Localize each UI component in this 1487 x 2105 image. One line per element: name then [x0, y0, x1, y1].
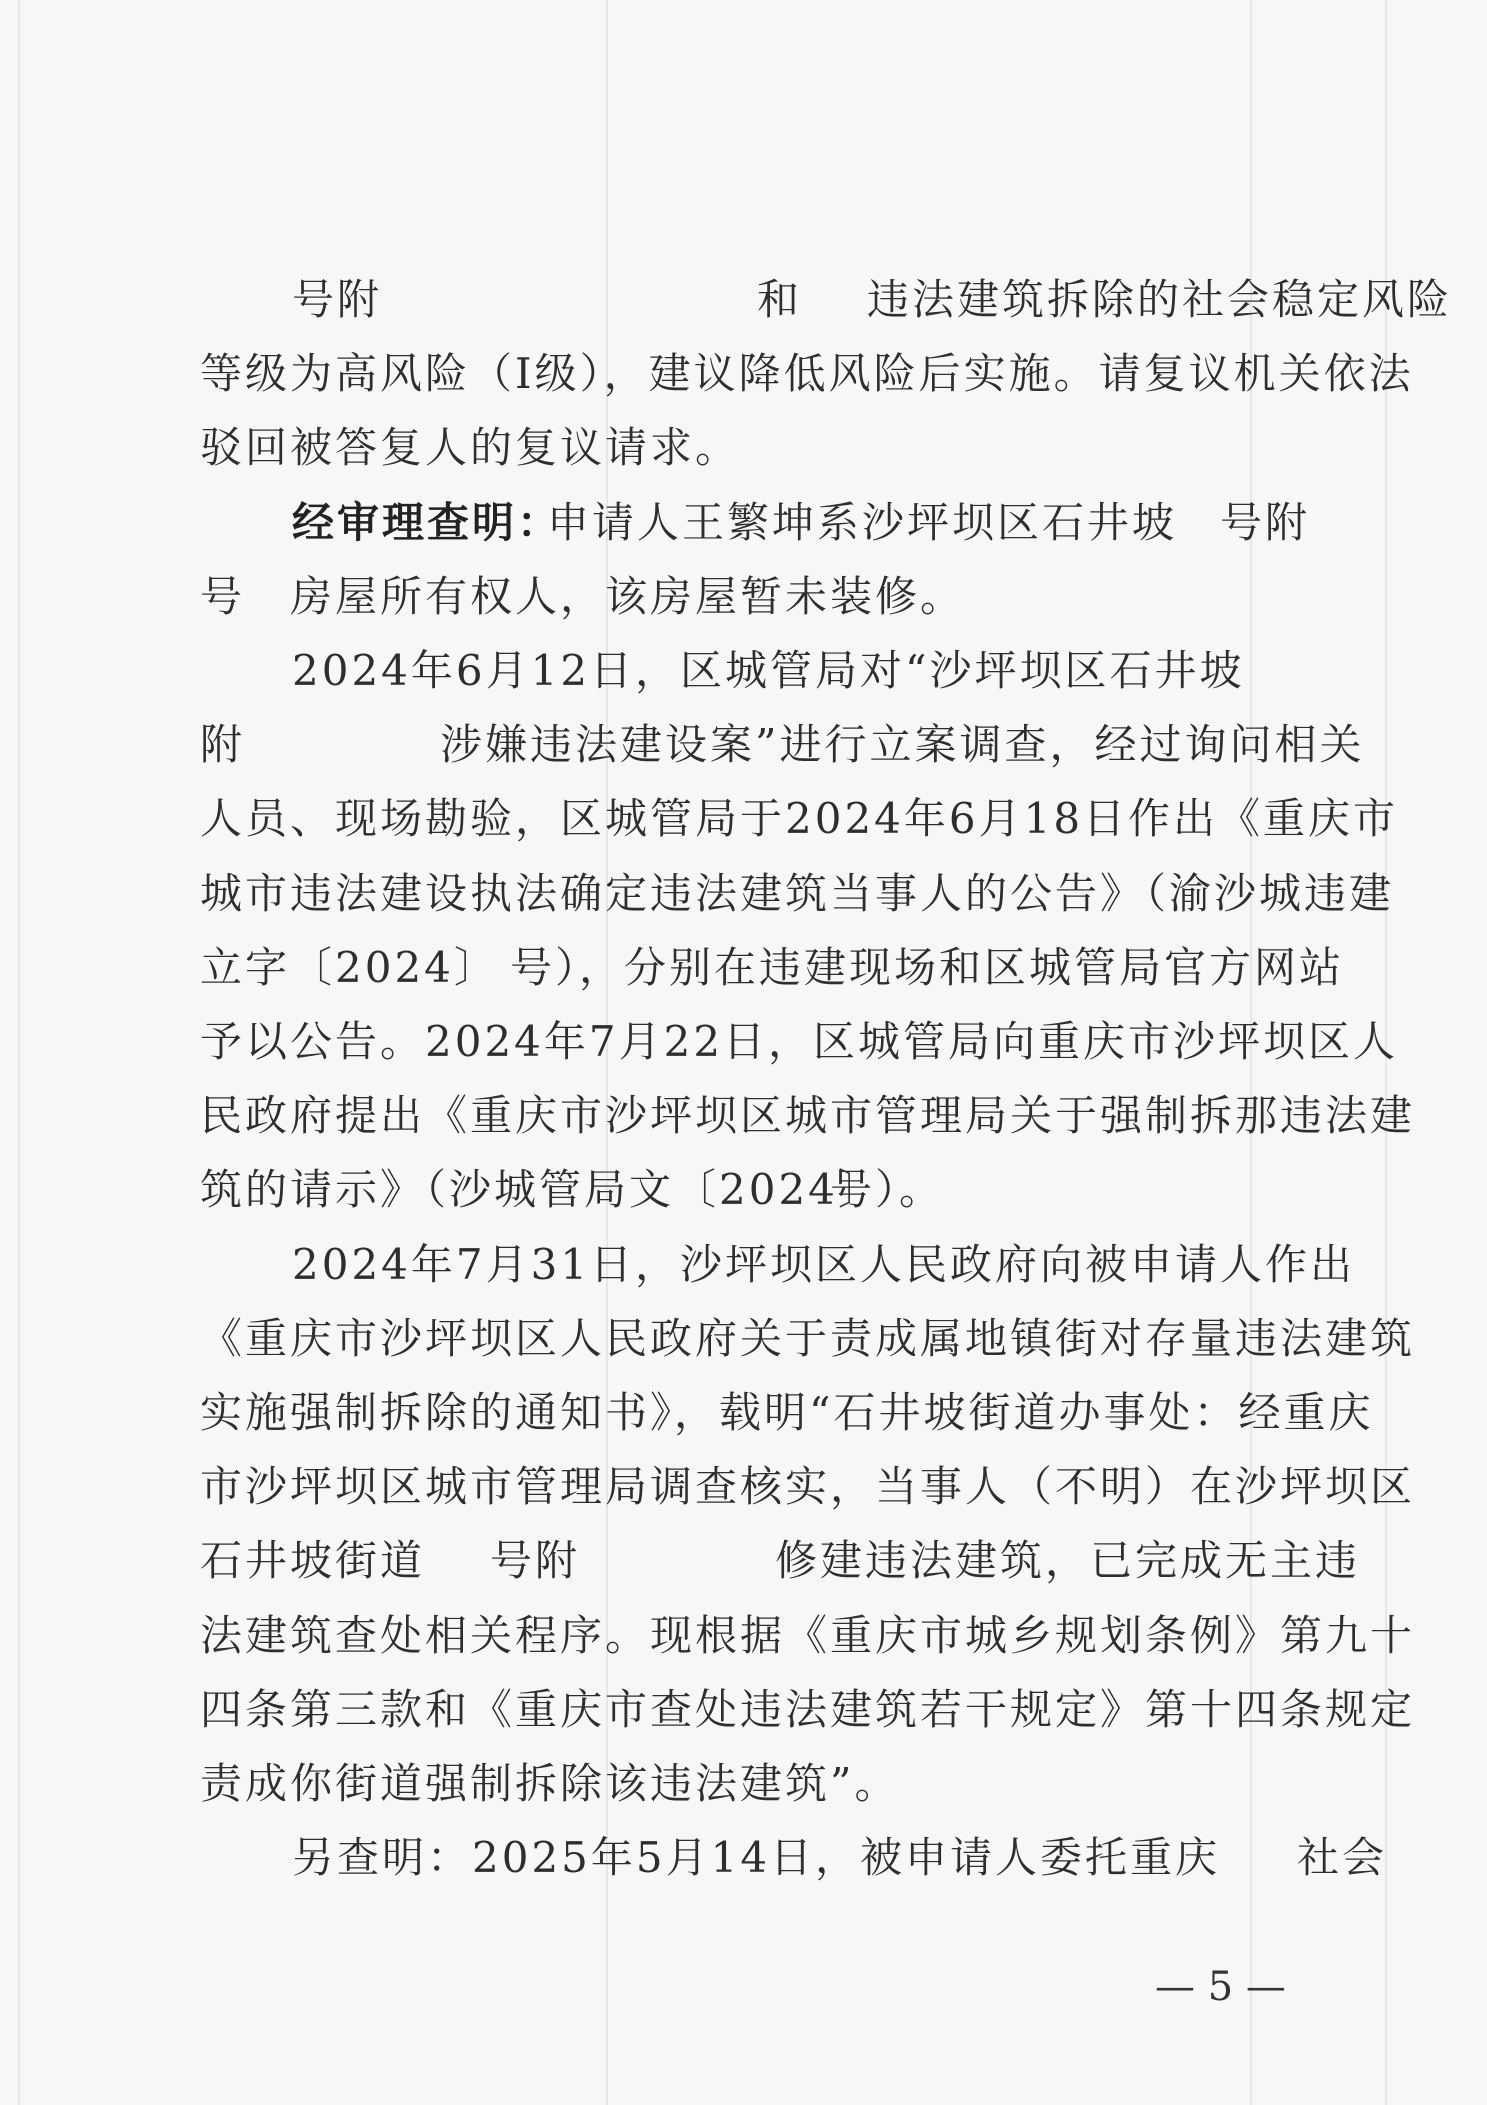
text-segment: 法建筑查处相关程序。现根据《重庆市城乡规划条例》第九十	[200, 1606, 1415, 1666]
text-line: 号房屋所有权人，该房屋暂未装修。	[200, 567, 1310, 627]
text-line: 民政府提出《重庆市沙坪坝区城市管理局关于强制拆那违法建	[200, 1086, 1310, 1146]
text-line: 驳回被答复人的复议请求。	[200, 418, 1310, 478]
text-line: 实施强制拆除的通知书》，载明“石井坡街道办事处：经重庆	[200, 1383, 1310, 1443]
section-heading: 经审理查明：	[292, 493, 562, 553]
text-line: 2024年6月12日，区城管局对“沙坪坝区石井坡	[200, 641, 1310, 701]
text-segment: 等级为高风险（Ⅰ级），建议降低风险后实施。请复议机关依法	[200, 344, 1414, 404]
text-segment: 附	[200, 715, 245, 775]
text-segment: 号附	[490, 1531, 580, 1591]
text-segment: 另查明：2025年5月14日，被申请人委托重庆	[292, 1828, 1220, 1888]
text-segment: 号）。	[830, 1160, 944, 1220]
text-segment: 号附	[292, 270, 382, 330]
text-line: 责成你街道强制拆除该违法建筑”。	[200, 1754, 1310, 1814]
text-segment: 责成你街道强制拆除该违法建筑”。	[200, 1754, 899, 1814]
text-segment: 市沙坪坝区城市管理局调查核实，当事人（不明）在沙坪坝区	[200, 1457, 1415, 1517]
text-segment: 号	[200, 567, 245, 627]
text-line: 经审理查明：申请人王繁坤系沙坪坝区石井坡号附	[200, 493, 1310, 553]
text-segment: 人员、现场勘验，区城管局于2024年6月18日作出《重庆市	[200, 789, 1398, 849]
text-segment: 2024年7月31日，沙坪坝区人民政府向被申请人作出	[292, 1235, 1355, 1295]
text-segment: 实施强制拆除的通知书》，载明“石井坡街道办事处：经重庆	[200, 1383, 1373, 1443]
text-segment: 号），分别在违建现场和区城管局官方网站	[510, 938, 1344, 998]
text-line: 筑的请示》（沙城管局文〔2024〕号）。	[200, 1160, 1310, 1220]
text-segment: 立字〔2024〕	[200, 938, 499, 998]
text-segment: 予以公告。2024年7月22日，区城管局向重庆市沙坪坝区人	[200, 1012, 1398, 1072]
text-segment: 民政府提出《重庆市沙坪坝区城市管理局关于强制拆那违法建	[200, 1086, 1415, 1146]
text-line: 四条第三款和《重庆市查处违法建筑若干规定》第十四条规定	[200, 1680, 1310, 1740]
text-line: 予以公告。2024年7月22日，区城管局向重庆市沙坪坝区人	[200, 1012, 1310, 1072]
text-line: 法建筑查处相关程序。现根据《重庆市城乡规划条例》第九十	[200, 1606, 1310, 1666]
page-number: — 5 —	[1155, 1962, 1286, 2012]
text-segment: 石井坡街道	[200, 1531, 425, 1591]
text-line: 人员、现场勘验，区城管局于2024年6月18日作出《重庆市	[200, 789, 1310, 849]
text-line: 另查明：2025年5月14日，被申请人委托重庆社会	[200, 1828, 1310, 1888]
text-line: 城市违法建设执法确定违法建筑当事人的公告》（渝沙城违建	[200, 864, 1310, 924]
scan-streak	[18, 0, 20, 2105]
text-segment: 《重庆市沙坪坝区人民政府关于责成属地镇街对存量违法建筑	[200, 1309, 1415, 1369]
text-line: 市沙坪坝区城市管理局调查核实，当事人（不明）在沙坪坝区	[200, 1457, 1310, 1517]
text-line: 附涉嫌违法建设案”进行立案调查，经过询问相关	[200, 715, 1310, 775]
text-line: 号附和违法建筑拆除的社会稳定风险	[200, 270, 1310, 330]
text-segment: 社会	[1297, 1828, 1387, 1888]
text-line: 立字〔2024〕号），分别在违建现场和区城管局官方网站	[200, 938, 1310, 998]
text-line: 石井坡街道号附修建违法建筑，已完成无主违	[200, 1531, 1310, 1591]
text-segment: 涉嫌违法建设案”进行立案调查，经过询问相关	[440, 715, 1364, 775]
text-segment: 修建违法建筑，已完成无主违	[775, 1531, 1360, 1591]
text-segment: 四条第三款和《重庆市查处违法建筑若干规定》第十四条规定	[200, 1680, 1415, 1740]
text-segment: 违法建筑拆除的社会稳定风险	[867, 270, 1452, 330]
text-segment: 房屋所有权人，该房屋暂未装修。	[290, 567, 965, 627]
text-segment: 筑的请示》（沙城管局文〔2024〕	[200, 1160, 883, 1220]
text-segment: 2024年6月12日，区城管局对“沙坪坝区石井坡	[292, 641, 1245, 701]
text-segment: 申请人王繁坤系沙坪坝区石井坡	[547, 493, 1177, 553]
text-segment: 城市违法建设执法确定违法建筑当事人的公告》（渝沙城违建	[200, 864, 1394, 924]
text-segment: 号附	[1220, 493, 1310, 553]
text-line: 《重庆市沙坪坝区人民政府关于责成属地镇街对存量违法建筑	[200, 1309, 1310, 1369]
text-segment: 驳回被答复人的复议请求。	[200, 418, 740, 478]
text-line: 2024年7月31日，沙坪坝区人民政府向被申请人作出	[200, 1235, 1310, 1295]
text-segment: 和	[757, 270, 802, 330]
text-line: 等级为高风险（Ⅰ级），建议降低风险后实施。请复议机关依法	[200, 344, 1310, 404]
